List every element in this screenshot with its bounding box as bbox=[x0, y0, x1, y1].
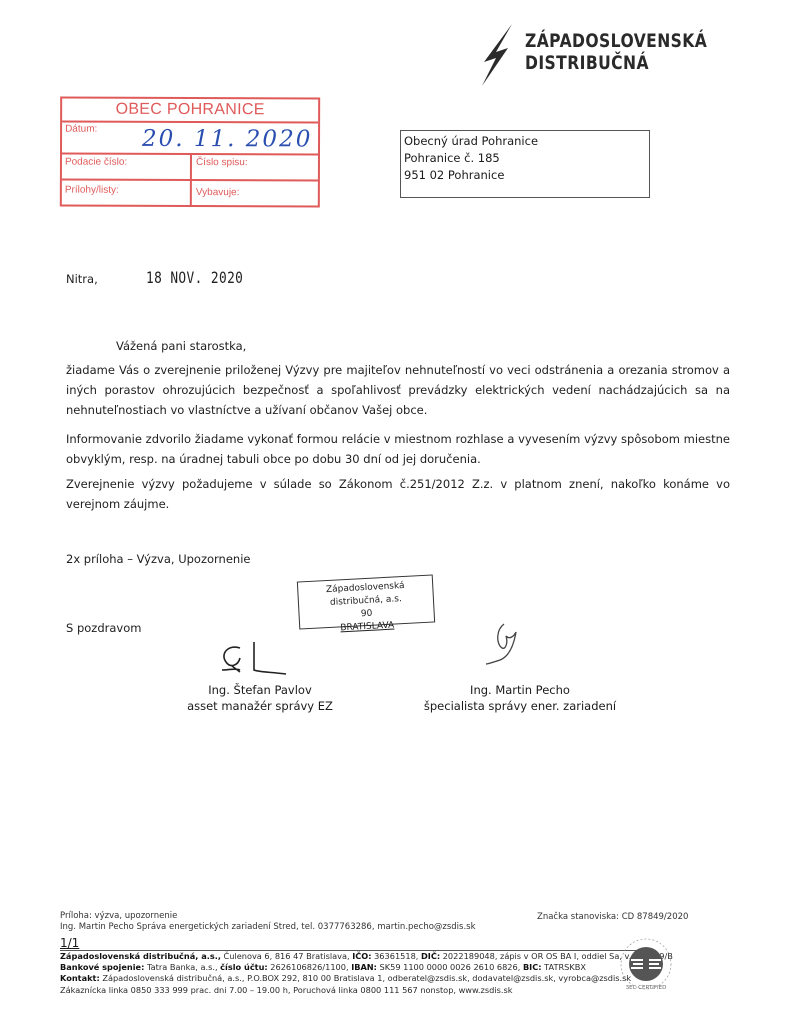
signatory-2: Ing. Martin Pecho špecialista správy ene… bbox=[410, 682, 630, 714]
paragraph-1: žiadame Vás o zverejnenie priloženej Výz… bbox=[66, 360, 730, 420]
reference-number: Značka stanoviska: CD 87849/2020 bbox=[537, 912, 688, 922]
page-number: 1/1 bbox=[60, 936, 79, 950]
signatory-1-name: Ing. Štefan Pavlov bbox=[175, 682, 345, 698]
footer-attachment-note: Príloha: výzva, upozornenie bbox=[60, 911, 177, 921]
signatory-2-role: špecialista správy ener. zariadení bbox=[410, 698, 630, 714]
iban-label: IBAN: bbox=[351, 962, 377, 972]
stamp-handled-by-label: Vybavuje: bbox=[196, 187, 240, 198]
dic-label: DIČ: bbox=[421, 951, 440, 961]
signatory-1-role: asset manažér správy EZ bbox=[175, 698, 345, 714]
recipient-line-1: Obecný úrad Pohranice bbox=[404, 133, 649, 150]
account-value: 2626106826/1100, bbox=[268, 962, 352, 972]
account-label: číslo účtu: bbox=[220, 962, 268, 972]
salutation: Vážená pani starostka, bbox=[116, 339, 246, 353]
svg-text:3EC CERTIFIED: 3EC CERTIFIED bbox=[626, 985, 667, 991]
contact-value: Západoslovenská distribučná, a.s., P.O.B… bbox=[100, 973, 631, 983]
paragraph-3: Zverejnenie výzvy požadujeme v súlade so… bbox=[66, 474, 730, 514]
bic-value: TATRSKBX bbox=[542, 962, 586, 972]
reference-label: Značka stanoviska: bbox=[537, 912, 619, 922]
footer-company-info: Západoslovenská distribučná, a.s., Čulen… bbox=[60, 951, 673, 996]
attachments-note: 2x príloha – Výzva, Upozornenie bbox=[66, 552, 250, 566]
letter-date: 18 NOV. 2020 bbox=[146, 268, 243, 287]
letter-place: Nitra, bbox=[66, 272, 98, 286]
signatory-2-name: Ing. Martin Pecho bbox=[410, 682, 630, 698]
lightning-bolt-icon bbox=[478, 22, 518, 88]
ico-label: IČO: bbox=[352, 951, 371, 961]
bank-value: Tatra Banka, a.s., bbox=[144, 962, 220, 972]
ico-value: 36361518, bbox=[372, 951, 421, 961]
company-address: Čulenova 6, 816 47 Bratislava, bbox=[221, 951, 352, 961]
bank-label: Bankové spojenie: bbox=[60, 962, 144, 972]
company-logo: ZÁPADOSLOVENSKÁ DISTRIBUČNÁ bbox=[525, 30, 707, 74]
logo-line-1: ZÁPADOSLOVENSKÁ bbox=[525, 30, 707, 52]
stamp-filing-number-label: Podacie číslo: bbox=[65, 157, 127, 168]
bic-label: BIC: bbox=[523, 962, 542, 972]
closing: S pozdravom bbox=[66, 621, 141, 635]
recipient-address: Obecný úrad Pohranice Pohranice č. 185 9… bbox=[400, 130, 650, 198]
signature-pavlov bbox=[218, 640, 288, 676]
company-name: Západoslovenská distribučná, a.s., bbox=[60, 951, 221, 961]
stamp-title: OBEC POHRANICE bbox=[62, 101, 318, 120]
signatory-1: Ing. Štefan Pavlov asset manažér správy … bbox=[175, 682, 345, 714]
stamp-date-label: Dátum: bbox=[65, 124, 97, 135]
stamp-attachments-label: Prílohy/listy: bbox=[65, 185, 119, 196]
logo-line-2: DISTRIBUČNÁ bbox=[525, 52, 707, 74]
hotline: Zákaznícka linka 0850 333 999 prac. dni … bbox=[60, 985, 673, 996]
certification-badge-icon: 3EC CERTIFIED bbox=[618, 936, 674, 992]
footer-contact-person: Ing. Martin Pecho Správa energetických z… bbox=[60, 922, 476, 932]
paragraph-2: Informovanie zdvorilo žiadame vykonať fo… bbox=[66, 429, 730, 469]
company-stamp: Západoslovenská distribučná, a.s. 90 BRA… bbox=[297, 574, 435, 629]
recipient-line-2: Pohranice č. 185 bbox=[404, 150, 649, 167]
reference-value: CD 87849/2020 bbox=[622, 912, 689, 922]
stamp-date-value: 20. 11. 2020 bbox=[142, 126, 312, 153]
registry-stamp: OBEC POHRANICE Dátum: 20. 11. 2020 Podac… bbox=[60, 97, 320, 208]
iban-value: SK59 1100 0000 0026 2610 6826, bbox=[377, 962, 523, 972]
contact-label: Kontakt: bbox=[60, 973, 100, 983]
stamp-file-number-label: Číslo spisu: bbox=[196, 157, 248, 168]
recipient-line-3: 951 02 Pohranice bbox=[404, 167, 649, 184]
signature-pecho bbox=[480, 620, 530, 670]
